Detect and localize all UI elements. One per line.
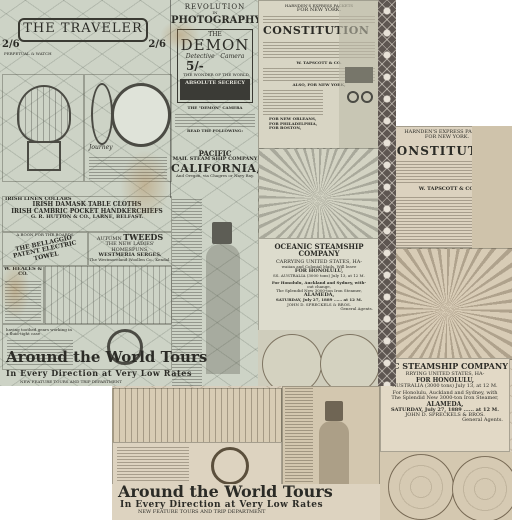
- globe-east: [452, 456, 512, 520]
- steampunk-gentleman-illustration-front: [339, 1, 379, 149]
- paper-stain: [120, 150, 170, 220]
- front-paper-sheet: THE TRAVELER 2/6 2/6 PERPETUAL & WATCH J…: [0, 0, 396, 386]
- ad-line: AUSTRALIA (3000 tons) July 13, at 12 M.: [381, 384, 509, 389]
- traveler-masthead: THE TRAVELER 2/6 2/6 PERPETUAL & WATCH: [0, 0, 170, 60]
- winged-figure-illustration: [380, 248, 512, 360]
- steampunk-traveler-illustration-front: [170, 198, 258, 386]
- ad-line: General Agents.: [381, 418, 509, 423]
- ad-line: Camera: [220, 53, 244, 60]
- gears-text: having toothed gears working in a fluid-…: [3, 325, 75, 339]
- paper-stain: [160, 20, 200, 50]
- price-left: 2/6: [2, 40, 20, 51]
- globe-east: [320, 334, 380, 386]
- autumn-tweeds-ad: AUTUMN TWEEDS THE NEW LADIES' HOMESPUNS,…: [88, 232, 172, 266]
- tours-ad-back: Around the World Tours In Every Directio…: [112, 484, 380, 520]
- decorative-border-strip: [378, 0, 396, 386]
- oceanic-steamship-ad-back: NIC STEAMSHIP COMPANY RRYING UNITED STAT…: [380, 358, 510, 452]
- ad-title: OCEANIC STEAMSHIP COMPANY: [259, 243, 379, 258]
- ad-line: And Oregon, via Chagres or Navy Bay.: [171, 174, 259, 178]
- world-map-illustration: [380, 452, 512, 520]
- traveler-sub: PERPETUAL & WATCH: [4, 52, 52, 56]
- tours-dept: NEW FEATURE TOURS AND TRIP DEPARTMENT: [112, 510, 380, 515]
- globe-west: [262, 334, 322, 386]
- journey-caption: Journey: [89, 145, 113, 151]
- town-illustration-back: [112, 388, 282, 444]
- ad-line: The Westmoreland Woollen Co., Kendal.: [89, 258, 171, 262]
- ad-title: NIC STEAMSHIP COMPANY: [381, 362, 509, 370]
- tours-title: Around the World Tours: [112, 484, 380, 501]
- tours-dept: NEW FEATURE TOURS AND TRIP DEPARTMENT: [20, 380, 122, 384]
- winged-figure-illustration-front: [258, 148, 380, 240]
- ad-line: THE "DEMON" CAMERA: [171, 106, 259, 110]
- ad-line: ABSOLUTE SECRECY: [180, 79, 250, 88]
- town-illustration: [44, 266, 172, 324]
- gears-ad-back: [112, 442, 282, 486]
- tours-subtitle: In Every Direction at Very Low Rates: [6, 369, 192, 377]
- ad-line: General Agents.: [259, 307, 379, 311]
- ad-line: THE WONDER OF THE WORLD.: [180, 73, 250, 77]
- airship-balloon-illustration: [2, 74, 84, 182]
- traveler-title: THE TRAVELER: [18, 18, 148, 42]
- constitution-ad: HARNDEN'S EXPRESS PACKETS FOR NEW YORK. …: [258, 0, 380, 150]
- pacific-mail-ad: PACIFIC MAIL STEAM SHIP COMPANY CALIFORN…: [170, 150, 259, 198]
- ad-line: SS. AUSTRALIA (3000 tons) July 13, at 12…: [259, 274, 379, 278]
- world-map-illustration-front: [258, 330, 378, 386]
- oceanic-steamship-ad: OCEANIC STEAMSHIP COMPANY CARRYING UNITE…: [258, 238, 380, 332]
- steampunk-gentleman-illustration: [472, 126, 512, 256]
- ad-line: READ THE FOLLOWING:: [171, 129, 259, 133]
- globe-west: [388, 454, 454, 520]
- paper-stain: [0, 260, 30, 320]
